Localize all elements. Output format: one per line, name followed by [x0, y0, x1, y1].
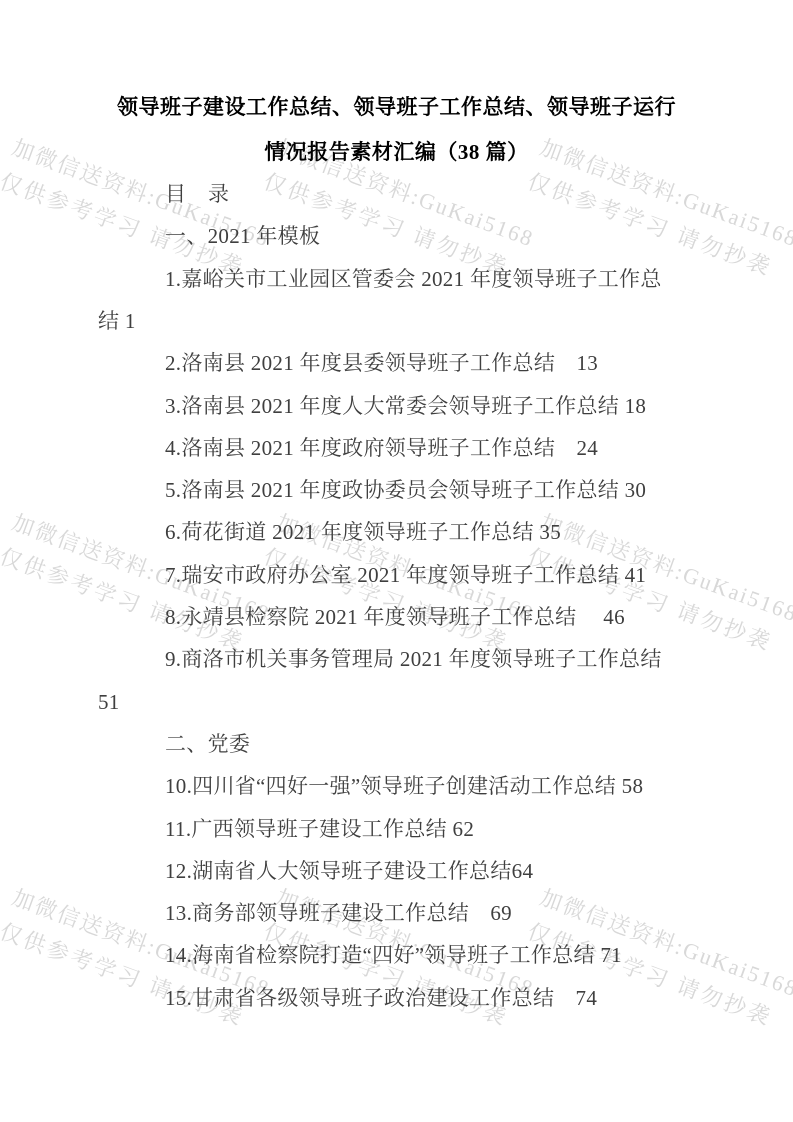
document-title-line1: 领导班子建设工作总结、领导班子工作总结、领导班子运行 [0, 95, 793, 119]
toc-line: 6.荷花街道 2021 年度领导班子工作总结 35 [165, 520, 561, 544]
toc-line: 15.甘肃省各级领导班子政治建设工作总结 74 [165, 986, 597, 1010]
toc-line: 1.嘉峪关市工业园区管委会 2021 年度领导班子工作总 [165, 267, 662, 291]
toc-line: 二、党委 [165, 732, 250, 756]
toc-line: 结 1 [98, 309, 136, 333]
toc-line: 4.洛南县 2021 年度政府领导班子工作总结 24 [165, 436, 598, 460]
toc-line: 12.湖南省人大领导班子建设工作总结64 [165, 859, 533, 883]
toc-line: 10.四川省“四好一强”领导班子创建活动工作总结 58 [165, 774, 643, 798]
toc-line: 11.广西领导班子建设工作总结 62 [165, 817, 474, 841]
toc-line: 9.商洛市机关事务管理局 2021 年度领导班子工作总结 [165, 647, 662, 671]
watermark-text-line2: 仅供参考学习 请勿抄袭 [0, 914, 263, 1041]
watermark-text-line2: 仅供参考学习 请勿抄袭 [522, 914, 791, 1041]
document-page: 加微信送资料:GuKai5168仅供参考学习 请勿抄袭加微信送资料:GuKai5… [0, 0, 793, 1122]
toc-line: 7.瑞安市政府办公室 2021 年度领导班子工作总结 41 [165, 563, 646, 587]
toc-line: 13.商务部领导班子建设工作总结 69 [165, 901, 512, 925]
watermark-text-line2: 仅供参考学习 请勿抄袭 [258, 914, 527, 1041]
toc-line: 3.洛南县 2021 年度人大常委会领导班子工作总结 18 [165, 394, 646, 418]
toc-line: 一、2021 年模板 [165, 224, 320, 248]
toc-line: 5.洛南县 2021 年度政协委员会领导班子工作总结 30 [165, 478, 646, 502]
document-title-line2: 情况报告素材汇编（38 篇） [0, 140, 793, 164]
toc-line: 8.永靖县检察院 2021 年度领导班子工作总结 46 [165, 605, 625, 629]
toc-line: 51 [98, 690, 120, 714]
toc-heading: 目 录 [165, 182, 230, 206]
toc-line: 2.洛南县 2021 年度县委领导班子工作总结 13 [165, 351, 598, 375]
toc-line: 14.海南省检察院打造“四好”领导班子工作总结 71 [165, 943, 622, 967]
